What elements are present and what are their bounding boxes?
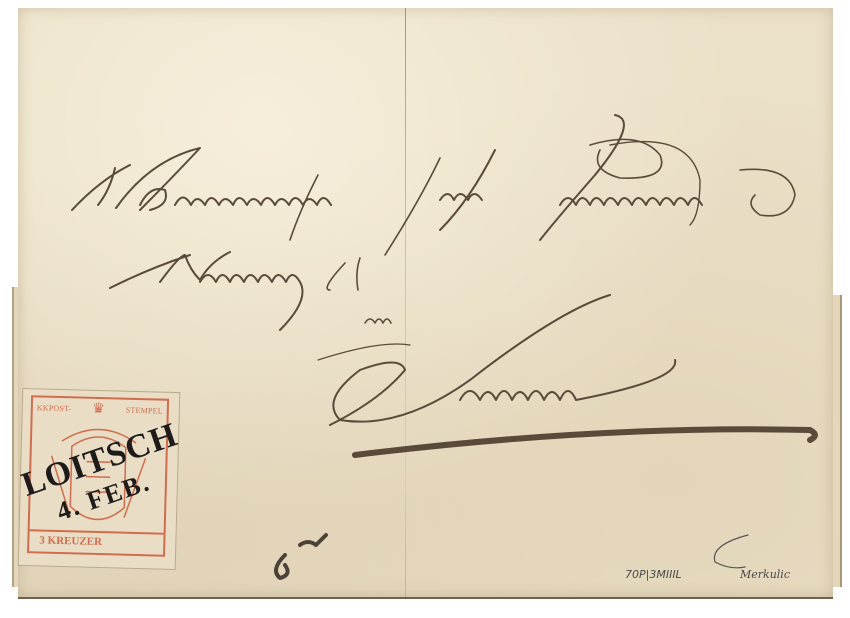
stamp-value: 3 KREUZER	[29, 529, 163, 553]
pencil-catalog-note: 70P|3MIIIL	[625, 568, 682, 581]
pencil-expert-signature: Merkulic	[740, 568, 790, 581]
